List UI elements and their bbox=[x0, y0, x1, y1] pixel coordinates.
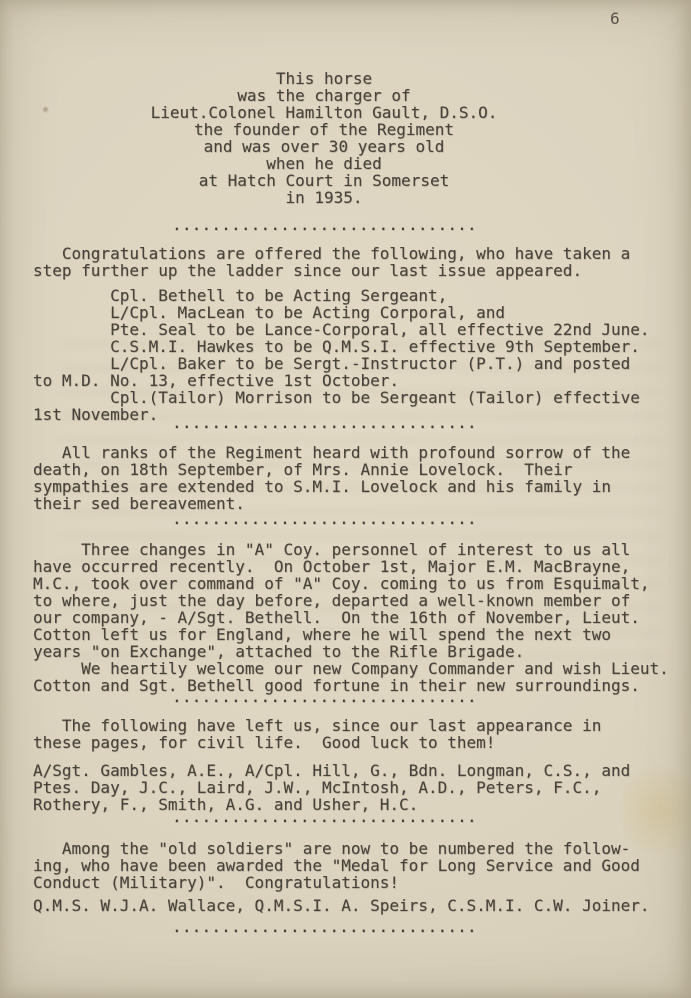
promotions-list: Cpl. Bethell to be Acting Sergeant, L/Cp… bbox=[33, 287, 650, 423]
departures-names: A/Sgt. Gambles, A.E., A/Cpl. Hill, G., B… bbox=[33, 762, 630, 813]
condolence-paragraph: All ranks of the Regiment heard with pro… bbox=[33, 444, 630, 512]
promotions-intro: Congratulations are offered the followin… bbox=[33, 245, 630, 279]
separator-6: ............................... bbox=[172, 918, 477, 935]
long-service-paragraph: Among the "old soldiers" are now to be n… bbox=[33, 840, 640, 891]
departures-intro: The following have left us, since our la… bbox=[33, 717, 601, 751]
long-service-names: Q.M.S. W.J.A. Wallace, Q.M.S.I. A. Speir… bbox=[33, 897, 650, 914]
page-number: 6 bbox=[610, 10, 620, 27]
separator-3: ............................... bbox=[172, 510, 477, 527]
memorial-inscription: This horse was the charger of Lieut.Colo… bbox=[0, 70, 648, 206]
company-changes-paragraph: Three changes in "A" Coy. personnel of i… bbox=[33, 541, 669, 694]
document-page: 6 This horse was the charger of Lieut.Co… bbox=[0, 0, 691, 998]
separator-5: ............................... bbox=[172, 808, 477, 825]
separator-1: ............................... bbox=[172, 216, 477, 233]
separator-2: ............................... bbox=[172, 414, 477, 431]
separator-4: ............................... bbox=[172, 688, 477, 705]
